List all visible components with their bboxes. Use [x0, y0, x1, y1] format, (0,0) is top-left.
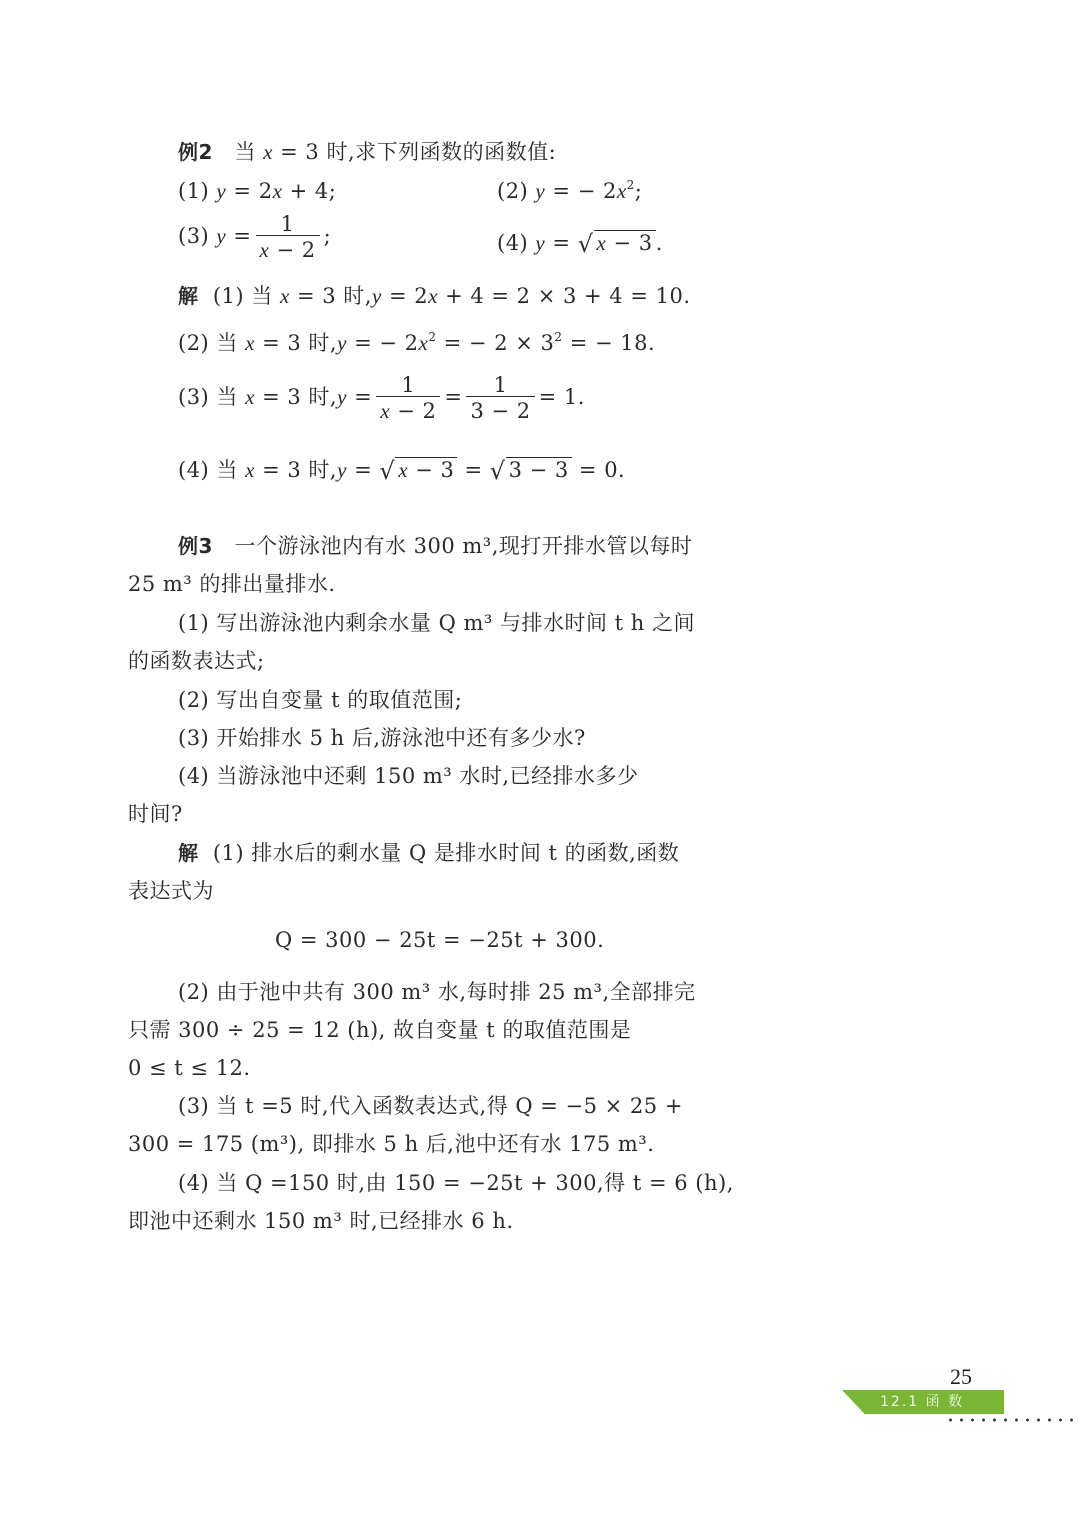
example2-heading: 例2 当 x = 3 时,求下列函数的函数值:: [178, 138, 556, 166]
example3-q3: (3) 开始排水 5 h 后,游泳池中还有多少水?: [178, 724, 586, 752]
example2-solution-2: (2) 当 x = 3 时,y = − 2x2 = − 2 × 32 = − 1…: [178, 329, 655, 357]
example2-item-3: (3) y =1x − 2;: [178, 213, 331, 262]
solution-label: 解: [178, 284, 199, 308]
example2-solution-4: (4) 当 x = 3 时,y = √x − 3 = √3 − 3 = 0.: [178, 455, 625, 484]
example2-item-2: (2) y = − 2x2;: [497, 177, 642, 205]
example3-solution-1: 解 (1) 排水后的剩水量 Q 是排水时间 t 的函数,函数: [178, 839, 679, 867]
example3-heading: 例3 一个游泳池内有水 300 m³,现打开排水管以每时: [178, 532, 692, 560]
example3-q2: (2) 写出自变量 t 的取值范围;: [178, 686, 462, 714]
example3-q4: (4) 当游泳池中还剩 150 m³ 水时,已经排水多少: [178, 762, 639, 790]
example3-solution-4-cont: 即池中还剩水 150 m³ 时,已经排水 6 h.: [128, 1207, 514, 1235]
example3-solution-1-cont: 表达式为: [128, 877, 214, 905]
example-question: 当 x = 3 时,求下列函数的函数值:: [234, 140, 556, 164]
example3-q1-cont: 的函数表达式;: [128, 647, 265, 675]
section-label: 12.1 函 数: [880, 1391, 964, 1413]
example3-solution-3: (3) 当 t =5 时,代入函数表达式,得 Q = −5 × 25 +: [178, 1092, 683, 1120]
example2-item-4: (4) y = √x − 3.: [497, 228, 663, 257]
example3-solution-2-cont: 只需 300 ÷ 25 = 12 (h), 故自变量 t 的取值范围是: [128, 1016, 631, 1044]
example3-formula: Q = 300 − 25t = −25t + 300.: [275, 926, 604, 954]
solution-label: 解: [178, 841, 199, 865]
example3-solution-3-cont: 300 = 175 (m³), 即排水 5 h 后,池中还有水 175 m³.: [128, 1130, 654, 1158]
dotted-rule: [945, 1418, 1080, 1422]
example3-question-cont: 25 m³ 的排出量排水.: [128, 570, 336, 598]
example2-solution-1: 解 (1) 当 x = 3 时,y = 2x + 4 = 2 × 3 + 4 =…: [178, 282, 691, 310]
example-question: 一个游泳池内有水 300 m³,现打开排水管以每时: [234, 534, 692, 558]
example3-q1: (1) 写出游泳池内剩余水量 Q m³ 与排水时间 t h 之间: [178, 609, 695, 637]
example2-item-1: (1) y = 2x + 4;: [178, 177, 336, 205]
example-label: 例2: [178, 140, 213, 164]
example3-solution-4: (4) 当 Q =150 时,由 150 = −25t + 300,得 t = …: [178, 1169, 734, 1197]
example3-q4-cont: 时间?: [128, 800, 183, 828]
page-number: 25: [950, 1364, 972, 1390]
example3-solution-2-range: 0 ≤ t ≤ 12.: [128, 1054, 251, 1082]
example-label: 例3: [178, 534, 213, 558]
example3-solution-2: (2) 由于池中共有 300 m³ 水,每时排 25 m³,全部排完: [178, 978, 696, 1006]
example2-solution-3: (3) 当 x = 3 时,y =1x − 2=13 − 2= 1.: [178, 374, 585, 423]
